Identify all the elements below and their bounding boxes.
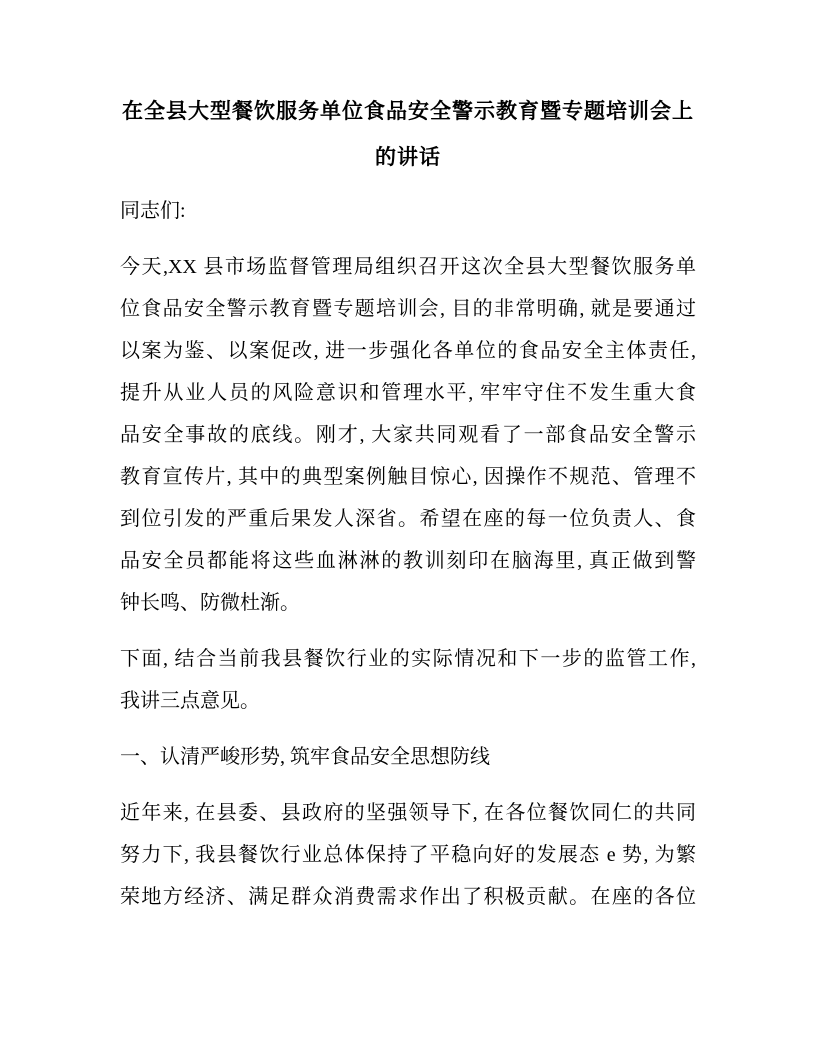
text-line: 下面, 结合当前我县餐饮行业的实际情况和下一步的监管工作, <box>120 638 696 680</box>
document-title: 在全县大型餐饮服务单位食品安全警示教育暨专题培训会上 的讲话 <box>120 88 696 180</box>
paragraph-5: 近年来, 在县委、县政府的坚强领导下, 在各位餐饮同仁的共同努力下, 我县餐饮行… <box>120 792 696 918</box>
paragraph-4: 一、认清严峻形势, 筑牢食品安全思想防线 <box>120 736 696 778</box>
text-line: 努力下, 我县餐饮行业总体保持了平稳向好的发展态 e 势, 为繁 <box>120 834 696 876</box>
text-line: 品安全事故的底线。刚才, 大家共同观看了一部食品安全警示 <box>120 414 696 456</box>
paragraph-3: 下面, 结合当前我县餐饮行业的实际情况和下一步的监管工作,我讲三点意见。 <box>120 638 696 722</box>
text-line: 荣地方经济、满足群众消费需求作出了积极贡献。在座的各位 <box>120 876 696 918</box>
document-body: 同志们:今天,XX 县市场监督管理局组织召开这次全县大型餐饮服务单位食品安全警示… <box>120 190 696 918</box>
text-line: 品安全员都能将这些血淋淋的教训刻印在脑海里, 真正做到警 <box>120 540 696 582</box>
text-line: 一、认清严峻形势, 筑牢食品安全思想防线 <box>120 736 696 778</box>
text-line: 同志们: <box>120 190 696 232</box>
text-line: 近年来, 在县委、县政府的坚强领导下, 在各位餐饮同仁的共同 <box>120 792 696 834</box>
text-line: 教育宣传片, 其中的典型案例触目惊心, 因操作不规范、管理不 <box>120 456 696 498</box>
document-title-line-2: 的讲话 <box>120 134 696 180</box>
paragraph-1: 同志们: <box>120 190 696 232</box>
text-line: 提升从业人员的风险意识和管理水平, 牢牢守住不发生重大食 <box>120 372 696 414</box>
text-line: 以案为鉴、以案促改, 进一步强化各单位的食品安全主体责任, <box>120 330 696 372</box>
document-title-line-1: 在全县大型餐饮服务单位食品安全警示教育暨专题培训会上 <box>120 88 696 134</box>
text-line: 今天,XX 县市场监督管理局组织召开这次全县大型餐饮服务单 <box>120 246 696 288</box>
text-line: 我讲三点意见。 <box>120 680 696 722</box>
text-line: 位食品安全警示教育暨专题培训会, 目的非常明确, 就是要通过 <box>120 288 696 330</box>
text-line: 到位引发的严重后果发人深省。希望在座的每一位负责人、食 <box>120 498 696 540</box>
paragraph-2: 今天,XX 县市场监督管理局组织召开这次全县大型餐饮服务单位食品安全警示教育暨专… <box>120 246 696 624</box>
document-page: 在全县大型餐饮服务单位食品安全警示教育暨专题培训会上 的讲话 同志们:今天,XX… <box>0 0 816 1056</box>
document-content: 在全县大型餐饮服务单位食品安全警示教育暨专题培训会上 的讲话 同志们:今天,XX… <box>120 0 696 932</box>
text-line: 钟长鸣、防微杜渐。 <box>120 582 696 624</box>
